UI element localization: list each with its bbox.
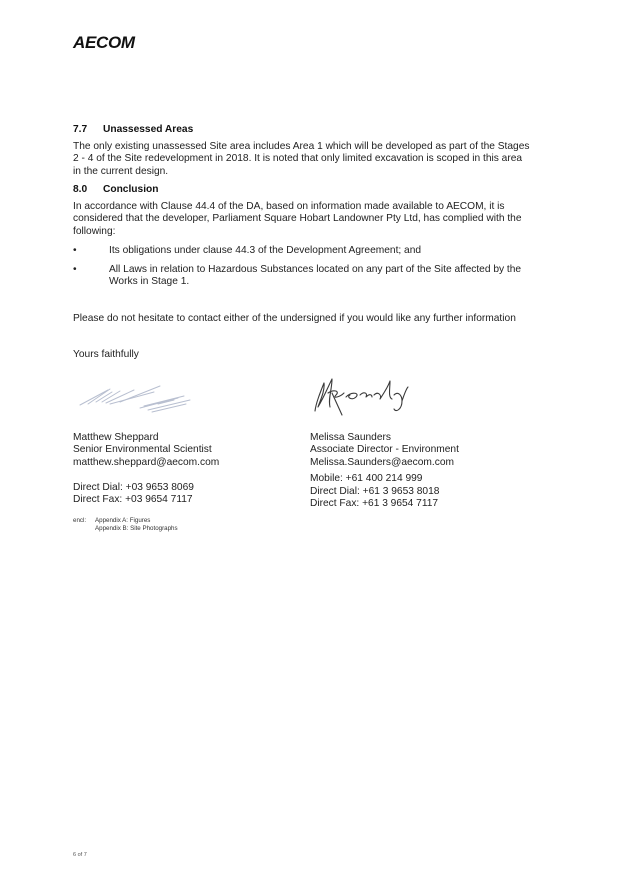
signatory-name: Melissa Saunders <box>310 432 459 444</box>
page-number: 6 of 7 <box>73 852 87 858</box>
bullet-icon: • <box>73 264 83 276</box>
contact-line: Please do not hesitate to contact either… <box>73 313 549 325</box>
signatory-mobile: Mobile: +61 400 214 999 <box>310 473 459 485</box>
paragraph-line: in the current design. <box>73 166 549 178</box>
signatory-email[interactable]: Melissa.Saunders@aecom.com <box>310 457 459 469</box>
conclusion-paragraph: In accordance with Clause 44.4 of the DA… <box>73 201 549 238</box>
enclosure-item: Appendix A: Figures <box>95 517 178 525</box>
signatory-direct-dial: Direct Dial: +61 3 9653 8018 <box>310 486 459 498</box>
paragraph-line: following: <box>73 226 549 238</box>
aecom-logo: AECOM <box>73 33 135 53</box>
paragraph-line: 2 - 4 of the Site redevelopment in 2018.… <box>73 153 549 165</box>
bullet-icon: • <box>73 245 83 257</box>
signature-matthew-sheppard <box>78 378 193 413</box>
section-title: Conclusion <box>103 184 158 195</box>
signatory-email[interactable]: matthew.sheppard@aecom.com <box>73 457 219 469</box>
document-page: AECOM 7.7Unassessed Areas The only exist… <box>0 0 622 880</box>
signatory-title: Associate Director - Environment <box>310 444 459 456</box>
paragraph-line: In accordance with Clause 44.4 of the DA… <box>73 201 549 213</box>
section-title: Unassessed Areas <box>103 124 193 135</box>
signature-melissa-saunders <box>310 373 415 418</box>
bullet-text-line: All Laws in relation to Hazardous Substa… <box>109 264 549 276</box>
bullet-text-line: Its obligations under clause 44.3 of the… <box>109 245 549 257</box>
signatory-name: Matthew Sheppard <box>73 432 219 444</box>
signatory-title: Senior Environmental Scientist <box>73 444 219 456</box>
unassessed-areas-paragraph: The only existing unassessed Site area i… <box>73 141 549 178</box>
paragraph-line: considered that the developer, Parliamen… <box>73 213 549 225</box>
enclosures-label: encl: <box>73 517 86 525</box>
section-heading-7-7: 7.7Unassessed Areas <box>73 124 193 135</box>
section-number: 7.7 <box>73 124 103 135</box>
section-number: 8.0 <box>73 184 103 195</box>
sign-off: Yours faithfully <box>73 349 549 361</box>
section-heading-8-0: 8.0Conclusion <box>73 184 158 195</box>
signatory-direct-fax: Direct Fax: +61 3 9654 7117 <box>310 498 459 510</box>
enclosure-item: Appendix B: Site Photographs <box>95 525 178 533</box>
signatory-block: Matthew Sheppard Senior Environmental Sc… <box>73 432 219 506</box>
signatory-direct-fax: Direct Fax: +03 9654 7117 <box>73 494 219 506</box>
paragraph-line: The only existing unassessed Site area i… <box>73 141 549 153</box>
bullet-text-line: Works in Stage 1. <box>109 276 549 288</box>
signatory-block: Melissa Saunders Associate Director - En… <box>310 432 459 510</box>
signatory-direct-dial: Direct Dial: +03 9653 8069 <box>73 482 219 494</box>
